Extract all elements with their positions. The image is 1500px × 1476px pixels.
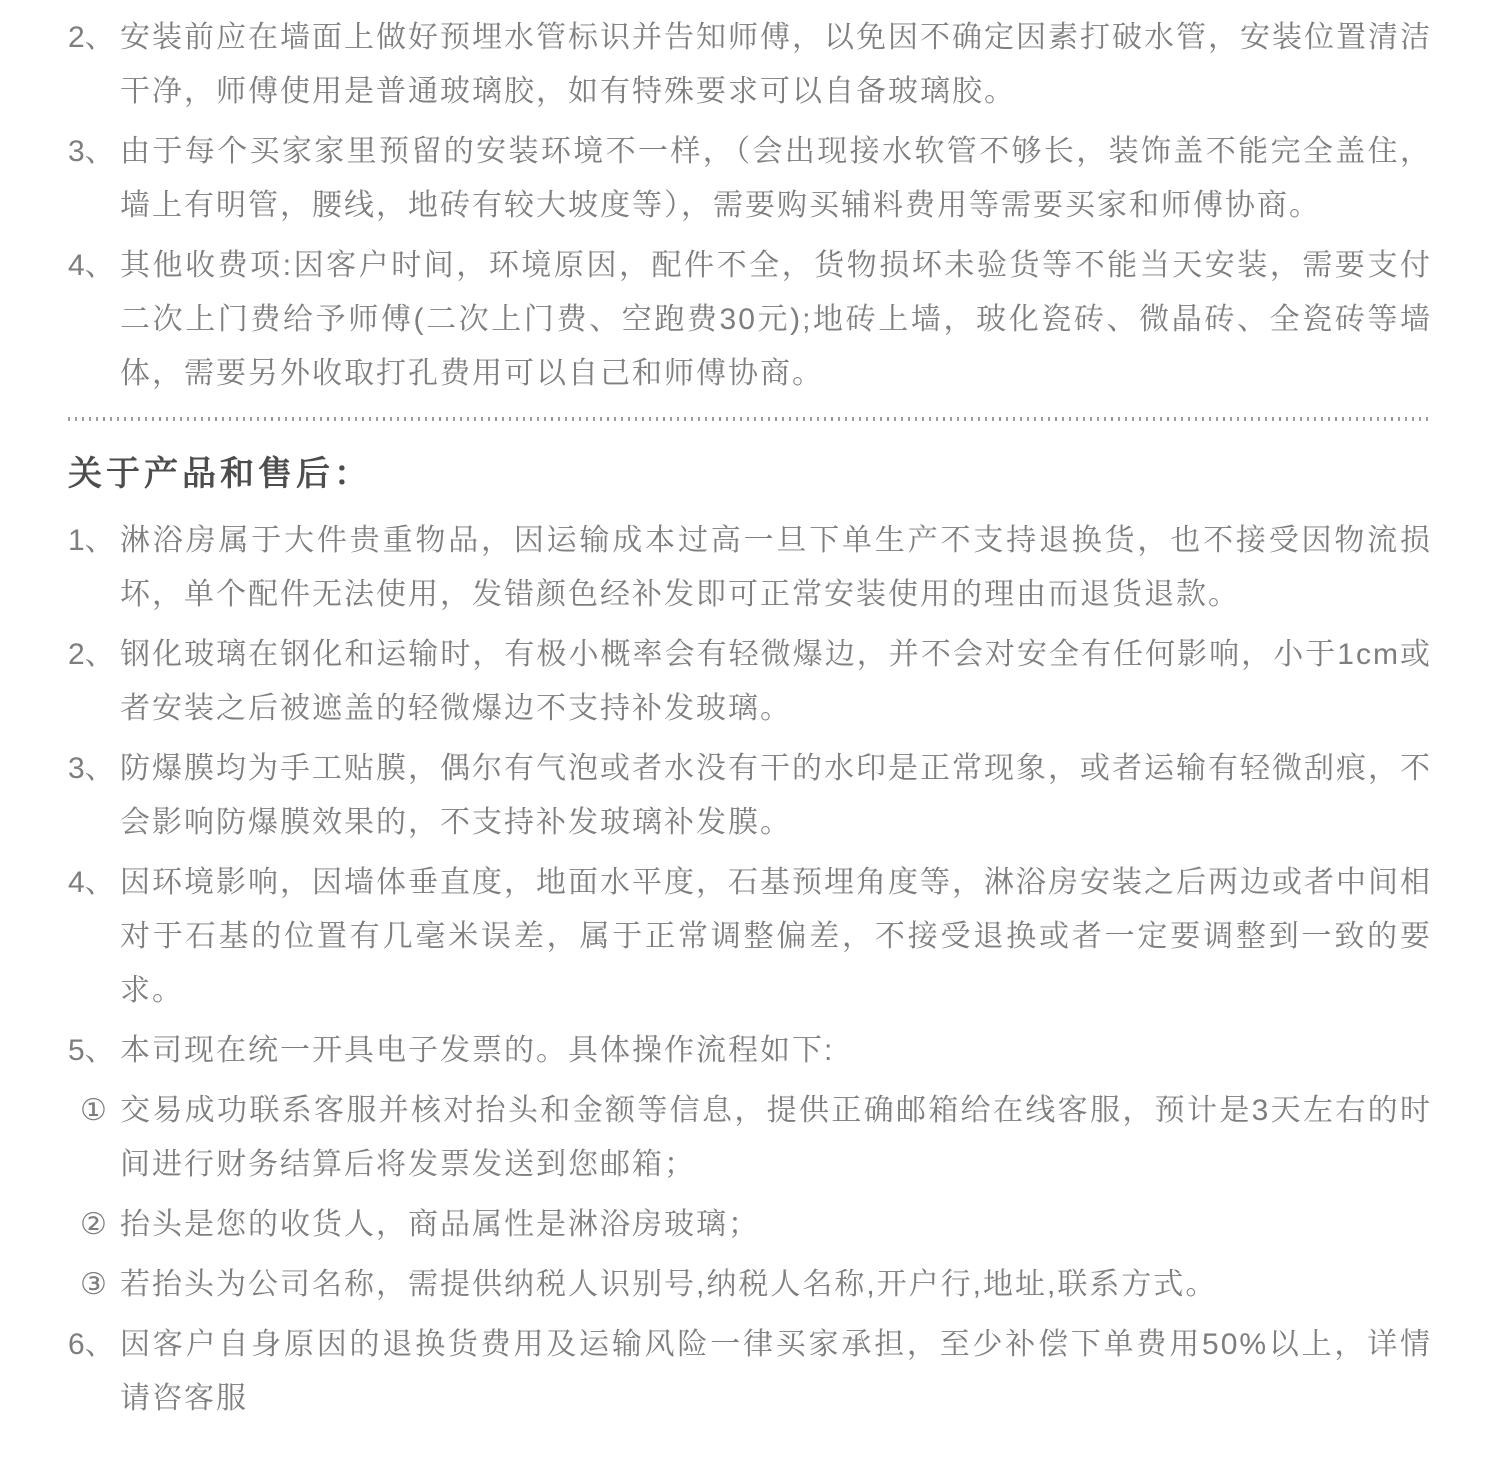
after-sales-item-1: 1、 淋浴房属于大件贵重物品，因运输成本过高一旦下单生产不支持退换货，也不接受因…	[68, 514, 1432, 622]
list-item-number: 2、	[68, 11, 115, 65]
circled-number: ②	[80, 1198, 107, 1252]
circled-number: ①	[80, 1084, 107, 1138]
circled-number: ③	[80, 1258, 107, 1312]
after-sales-section: 关于产品和售后： 1、 淋浴房属于大件贵重物品，因运输成本过高一旦下单生产不支持…	[68, 451, 1432, 1426]
after-sales-heading: 关于产品和售后：	[68, 451, 1432, 497]
list-item-text: 安装前应在墙面上做好预埋水管标识并告知师傅，以免因不确定因素打破水管，安装位置清…	[120, 21, 1432, 108]
list-item-text: 因客户自身原因的退换货费用及运输风险一律买家承担，至少补偿下单费用50%以上，详…	[120, 1328, 1432, 1415]
list-item-number: 4、	[68, 856, 115, 910]
list-item-text: 防爆膜均为手工贴膜，偶尔有气泡或者水没有干的水印是正常现象，或者运输有轻微刮痕，…	[120, 752, 1432, 839]
product-terms-page: 2、 安装前应在墙面上做好预埋水管标识并告知师傅，以免因不确定因素打破水管，安装…	[0, 0, 1500, 1476]
after-sales-item-6: 6、 因客户自身原因的退换货费用及运输风险一律买家承担，至少补偿下单费用50%以…	[68, 1318, 1432, 1426]
installation-note-item-3: 3、 由于每个买家家里预留的安装环境不一样，（会出现接水软管不够长，装饰盖不能完…	[68, 125, 1432, 233]
invoice-step-2: ② 抬头是您的收货人，商品属性是淋浴房玻璃；	[68, 1198, 1432, 1252]
list-item-text: 本司现在统一开具电子发票的。具体操作流程如下:	[120, 1034, 834, 1067]
after-sales-item-5: 5、 本司现在统一开具电子发票的。具体操作流程如下:	[68, 1024, 1432, 1078]
list-item-number: 3、	[68, 742, 115, 796]
list-item-number: 5、	[68, 1024, 115, 1078]
after-sales-item-4: 4、 因环境影响，因墙体垂直度，地面水平度，石基预埋角度等，淋浴房安装之后两边或…	[68, 856, 1432, 1018]
invoice-step-3: ③ 若抬头为公司名称，需提供纳税人识别号,纳税人名称,开户行,地址,联系方式。	[68, 1258, 1432, 1312]
list-item-number: 4、	[68, 239, 115, 293]
invoice-step-1: ① 交易成功联系客服并核对抬头和金额等信息，提供正确邮箱给在线客服，预计是3天左…	[68, 1084, 1432, 1192]
list-item-text: 因环境影响，因墙体垂直度，地面水平度，石基预埋角度等，淋浴房安装之后两边或者中间…	[120, 866, 1432, 1007]
step-text: 交易成功联系客服并核对抬头和金额等信息，提供正确邮箱给在线客服，预计是3天左右的…	[120, 1094, 1432, 1181]
installation-note-item-2: 2、 安装前应在墙面上做好预埋水管标识并告知师傅，以免因不确定因素打破水管，安装…	[68, 11, 1432, 119]
step-text: 若抬头为公司名称，需提供纳税人识别号,纳税人名称,开户行,地址,联系方式。	[120, 1268, 1217, 1301]
list-item-number: 3、	[68, 125, 115, 179]
list-item-text: 其他收费项:因客户时间，环境原因，配件不全，货物损坏未验货等不能当天安装，需要支…	[120, 249, 1432, 390]
list-item-number: 1、	[68, 514, 115, 568]
dotted-divider	[68, 417, 1432, 421]
after-sales-item-3: 3、 防爆膜均为手工贴膜，偶尔有气泡或者水没有干的水印是正常现象，或者运输有轻微…	[68, 742, 1432, 850]
list-item-text: 钢化玻璃在钢化和运输时，有极小概率会有轻微爆边，并不会对安全有任何影响，小于1c…	[120, 638, 1432, 725]
installation-note-item-4: 4、 其他收费项:因客户时间，环境原因，配件不全，货物损坏未验货等不能当天安装，…	[68, 239, 1432, 401]
list-item-number: 6、	[68, 1318, 115, 1372]
list-item-text: 淋浴房属于大件贵重物品，因运输成本过高一旦下单生产不支持退换货，也不接受因物流损…	[120, 524, 1432, 611]
installation-notes-section: 2、 安装前应在墙面上做好预埋水管标识并告知师傅，以免因不确定因素打破水管，安装…	[68, 11, 1432, 401]
step-text: 抬头是您的收货人，商品属性是淋浴房玻璃；	[120, 1208, 760, 1241]
list-item-text: 由于每个买家家里预留的安装环境不一样，（会出现接水软管不够长，装饰盖不能完全盖住…	[120, 135, 1432, 222]
after-sales-item-2: 2、 钢化玻璃在钢化和运输时，有极小概率会有轻微爆边，并不会对安全有任何影响，小…	[68, 628, 1432, 736]
list-item-number: 2、	[68, 628, 115, 682]
